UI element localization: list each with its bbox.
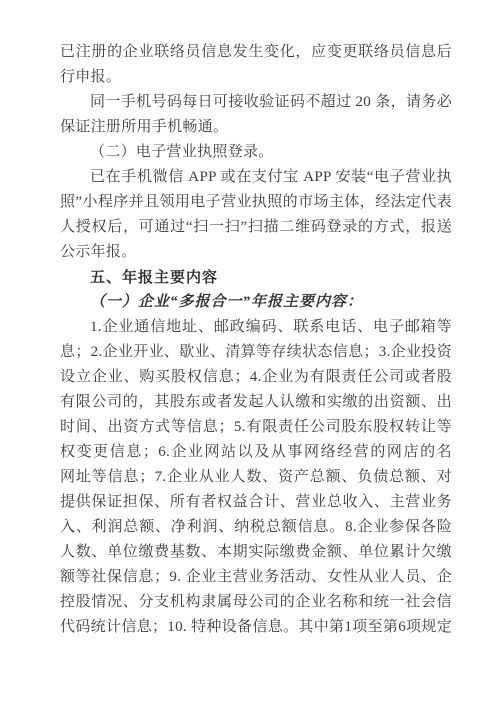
text-line: 五、年报主要内容 — [60, 265, 452, 290]
text-line: 入、利润总额、净利润、纳税总额信息。8.企业参保各险种 — [60, 515, 452, 540]
text-line: 人数、单位缴费基数、本期实际缴费金额、单位累计欠缴金 — [60, 540, 452, 565]
text-line: 提供保证担保、所有者权益合计、营业总收入、主营业务收 — [60, 490, 452, 515]
text-line: 已注册的企业联络员信息发生变化，应变更联络员信息后再 — [60, 40, 452, 65]
text-line: （一）企业“多报合一”年报主要内容： — [60, 290, 452, 315]
text-line: 网址等信息；7.企业从业人数、资产总额、负债总额、对外 — [60, 465, 452, 490]
document-page: 已注册的企业联络员信息发生变化，应变更联络员信息后再行申报。同一手机号码每日可接… — [0, 0, 500, 701]
text-line: 公示年报。 — [60, 240, 452, 265]
text-line: 设立企业、购买股权信息；4.企业为有限责任公司或者股份 — [60, 365, 452, 390]
document-body: 已注册的企业联络员信息发生变化，应变更联络员信息后再行申报。同一手机号码每日可接… — [60, 40, 452, 640]
text-line: 行申报。 — [60, 65, 452, 90]
text-line: 息；2.企业开业、歇业、清算等存续状态信息；3.企业投资 — [60, 340, 452, 365]
text-line: 代码统计信息；10. 特种设备信息。其中第1项至第6项规定 — [60, 615, 452, 640]
text-line: 人授权后，可通过“扫一扫”扫描二维码登录的方式，报送 — [60, 215, 452, 240]
text-line: 已在手机微信 APP 或在支付宝 APP 安装“电子营业执 — [60, 165, 452, 190]
text-line: 保证注册所用手机畅通。 — [60, 115, 452, 140]
text-line: 照”小程序并且领用电子营业执照的市场主体，经法定代表 — [60, 190, 452, 215]
text-line: 1.企业通信地址、邮政编码、联系电话、电子邮箱等信 — [60, 315, 452, 340]
text-line: 额等社保信息；9. 企业主营业务活动、女性从业人员、企业 — [60, 565, 452, 590]
text-line: 有限公司的，其股东或者发起人认缴和实缴的出资额、出资 — [60, 390, 452, 415]
text-line: 时间、出资方式等信息；5.有限责任公司股东股权转让等股 — [60, 415, 452, 440]
text-line: （二）电子营业执照登录。 — [60, 140, 452, 165]
text-line: 同一手机号码每日可接收验证码不超过 20 条，请务必 — [60, 90, 452, 115]
text-line: 权变更信息；6.企业网站以及从事网络经营的网店的名称、 — [60, 440, 452, 465]
text-line: 控股情况、分支机构隶属母公司的企业名称和统一社会信用 — [60, 590, 452, 615]
